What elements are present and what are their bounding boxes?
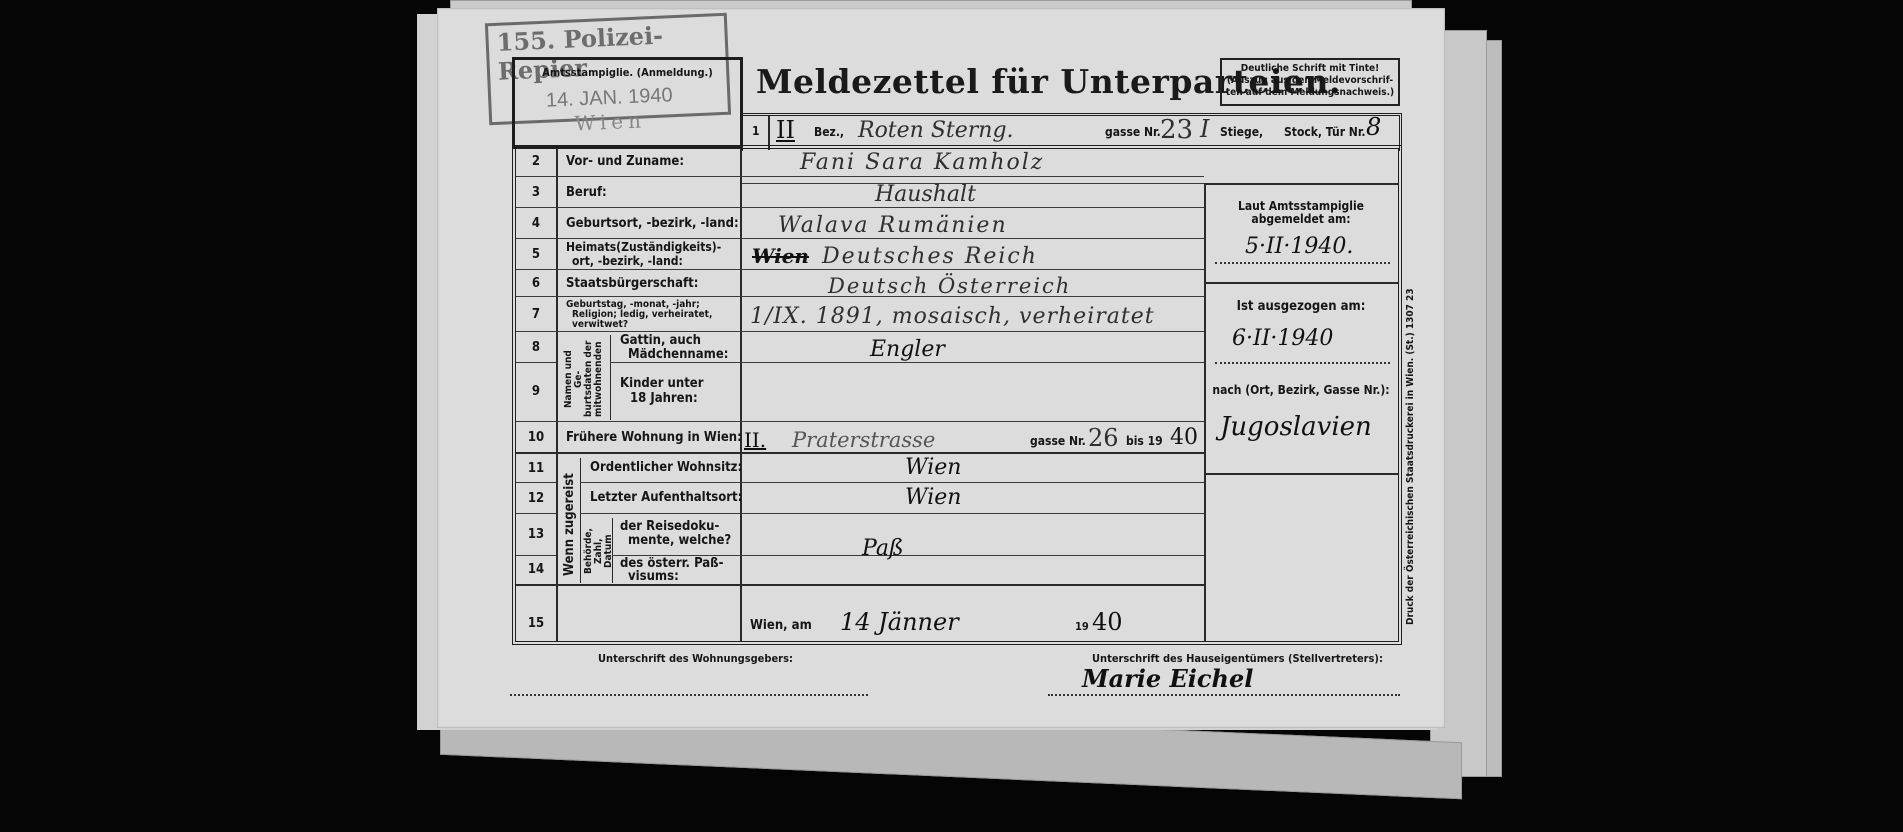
group-label-authority-2: Zahl, Datum <box>593 534 614 568</box>
right-panel-divider-2 <box>1206 473 1398 475</box>
row-line-7 <box>516 331 1204 332</box>
row-number-15: 15 <box>514 616 558 631</box>
value-previous-until[interactable]: 40 <box>1170 425 1198 450</box>
right-panel-divider <box>1204 183 1206 641</box>
label-children-1: Kinder unter <box>620 377 704 391</box>
group-divider-8-9 <box>610 335 611 420</box>
row-number-4: 4 <box>514 216 558 231</box>
notice-line-2: (Auszug aus den Meldevorschrif- <box>1222 75 1398 87</box>
label-deregistered-2: abgemeldet am: <box>1206 213 1396 226</box>
row-number-3: 3 <box>514 185 558 200</box>
row-line-4 <box>516 238 1204 239</box>
group-label-cohabitants-3: mitwohnenden <box>593 341 604 417</box>
value-deregistered[interactable]: 5·II·1940. <box>1245 234 1353 259</box>
group-label-if-arrived: Wenn zugereist <box>562 470 577 580</box>
stair-value[interactable]: I <box>1200 115 1209 143</box>
value-moved-out[interactable]: 6·II·1940 <box>1232 326 1333 351</box>
row-line-5 <box>516 269 1204 270</box>
row-number-14: 14 <box>514 562 558 577</box>
row-number-10: 10 <box>514 430 558 445</box>
label-previous-house: gasse Nr. <box>1030 434 1086 448</box>
label-place-date: Wien, am <box>750 618 812 633</box>
row-number-13: 13 <box>514 527 558 542</box>
value-year[interactable]: 40 <box>1092 608 1123 636</box>
landlord-signature-line <box>510 694 868 696</box>
house-number-label: gasse Nr. <box>1105 125 1161 139</box>
stair-label: Stiege, <box>1220 125 1263 139</box>
label-citizenship: Staatsbürgerschaft: <box>566 277 698 291</box>
printer-imprint: Druck der Österreichischen Staatsdrucker… <box>1405 295 1416 625</box>
ink-notice-box: Deutliche Schrift mit Tinte! (Auszug aus… <box>1220 58 1400 106</box>
label-birthdate-3: verwitwet? <box>572 319 628 330</box>
row-line-12-num <box>516 513 556 514</box>
notice-line-3: ten auf dem Meldungsnachweis.) <box>1222 87 1398 99</box>
row-number-5: 5 <box>514 247 558 262</box>
group-label-authority: Behörde, Zahl, Datum <box>584 520 614 582</box>
row-line-2 <box>516 176 1204 177</box>
label-spouse-1: Gattin, auch <box>620 334 701 348</box>
label-year-prefix: 19 <box>1075 620 1089 633</box>
value-previous-house[interactable]: 26 <box>1088 424 1119 452</box>
row-line-3 <box>516 207 1204 208</box>
right-panel-top <box>1204 183 1398 185</box>
row-line-9 <box>516 421 1204 422</box>
label-visa-2: visums: <box>628 570 679 584</box>
row-number-1: 1 <box>752 124 760 138</box>
value-owner-signature[interactable]: Marie Eichel <box>1082 664 1253 693</box>
row-line-12 <box>580 513 1204 514</box>
row-line-11 <box>580 482 1204 483</box>
floor-door-label: Stock, Tür Nr. <box>1284 125 1366 139</box>
row-number-11: 11 <box>514 461 558 476</box>
value-date[interactable]: 14 Jänner <box>840 608 959 636</box>
group-divider-11-14 <box>580 458 581 583</box>
value-previous-street[interactable]: Praterstrasse <box>792 428 935 452</box>
group-label-cohabitants-1: Namen und Ge- <box>563 350 584 408</box>
value-last-stay[interactable]: Wien <box>905 485 961 510</box>
value-permanent-residence[interactable]: Wien <box>905 455 961 480</box>
label-travel-docs-2: mente, welche? <box>628 534 731 548</box>
label-deregistered: Laut Amtsstampiglie abgemeldet am: <box>1206 200 1396 226</box>
stamp-box-label: Amtsstampiglie. (Anmeldung.) <box>515 66 740 79</box>
moved-out-dotted-line <box>1215 362 1390 364</box>
label-home-place-2: ort, -bezirk, -land: <box>572 254 683 268</box>
row-line-11-num <box>516 482 556 483</box>
value-name[interactable]: Fani Sara Kamholz <box>800 150 1044 175</box>
row-line-13-num <box>516 555 556 556</box>
value-previous-district[interactable]: II. <box>744 428 766 452</box>
group-label-cohabitants: Namen und Ge- burtsdaten der mitwohnende… <box>564 340 604 418</box>
row-number-2: 2 <box>514 154 558 169</box>
deregistered-dotted-line <box>1215 262 1390 264</box>
row-line-8 <box>610 362 1204 363</box>
value-spouse[interactable]: Engler <box>870 337 945 362</box>
row-number-9: 9 <box>514 384 558 399</box>
label-travel-docs-1: der Reisedoku- <box>620 520 719 534</box>
value-occupation[interactable]: Haushalt <box>875 182 976 207</box>
label-column-divider <box>740 149 742 641</box>
house-number-value[interactable]: 23 <box>1160 115 1193 145</box>
stamp-box: Amtsstampiglie. (Anmeldung.) <box>512 57 743 149</box>
row-line-8-num <box>516 362 556 363</box>
row-number-8: 8 <box>514 340 558 355</box>
label-name: Vor- und Zuname: <box>566 155 684 169</box>
value-home-place[interactable]: Deutsches Reich <box>822 244 1038 269</box>
value-birthdate-religion[interactable]: 1/IX. 1891, mosaisch, verheiratet <box>750 304 1155 329</box>
row-line-14 <box>516 584 1204 586</box>
value-citizenship[interactable]: Deutsch Österreich <box>828 274 1071 298</box>
row-number-12: 12 <box>514 491 558 506</box>
label-permanent-residence: Ordentlicher Wohnsitz: <box>590 461 742 475</box>
value-travel-docs[interactable]: Paß <box>862 536 904 561</box>
label-destination: nach (Ort, Bezirk, Gasse Nr.): <box>1206 384 1396 397</box>
label-occupation: Beruf: <box>566 186 607 200</box>
label-children-2: 18 Jahren: <box>630 392 698 406</box>
label-birthplace: Geburtsort, -bezirk, -land: <box>566 217 739 231</box>
district-value[interactable]: II <box>776 116 795 144</box>
row-line-10 <box>516 452 1204 454</box>
door-value[interactable]: 8 <box>1366 113 1381 141</box>
value-destination[interactable]: Jugoslavien <box>1220 412 1372 442</box>
label-home-place-1: Heimats(Zuständigkeits)- <box>566 240 721 254</box>
label-spouse-2: Mädchenname: <box>628 348 728 362</box>
district-label: Bez., <box>814 125 844 139</box>
street-value[interactable]: Roten Sterng. <box>858 118 1014 143</box>
value-home-place-struck[interactable]: Wien <box>752 244 809 268</box>
label-last-stay: Letzter Aufenthaltsort: <box>590 491 742 505</box>
notice-line-1: Deutliche Schrift mit Tinte! <box>1222 63 1398 75</box>
value-birthplace[interactable]: Walava Rumänien <box>778 213 1008 238</box>
label-landlord-signature: Unterschrift des Wohnungsgebers: <box>598 652 793 665</box>
owner-signature-line <box>1048 694 1400 696</box>
row-number-6: 6 <box>514 276 558 291</box>
label-previous-until: bis 19 <box>1126 434 1163 448</box>
label-previous-residence: Frühere Wohnung in Wien: <box>566 431 742 445</box>
label-moved-out: Ist ausgezogen am: <box>1206 300 1396 313</box>
row-number-7: 7 <box>514 307 558 322</box>
right-panel-divider-1 <box>1206 282 1398 284</box>
